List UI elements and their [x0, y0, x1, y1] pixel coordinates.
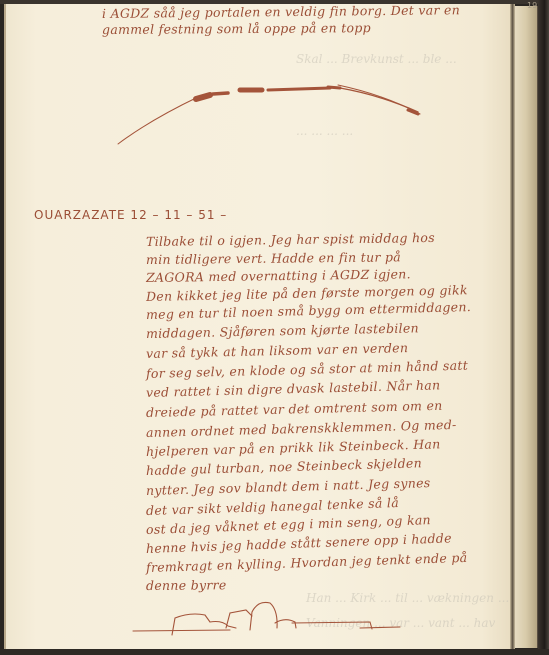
- skyline-sketch-icon: [133, 602, 400, 635]
- scan-bottom-edge: [0, 649, 549, 655]
- entry-line: denne byrre: [146, 577, 227, 593]
- scanned-notebook: Skal ... Brevkunst ... ble ... ... ... .…: [0, 0, 549, 655]
- entry-line: min tidligere vert. Hadde en fin tur på: [146, 249, 401, 267]
- entry-heading: OUARZAZATE 12 – 11 – 51 –: [34, 208, 227, 222]
- hilltop-sketch-icon: [118, 85, 420, 144]
